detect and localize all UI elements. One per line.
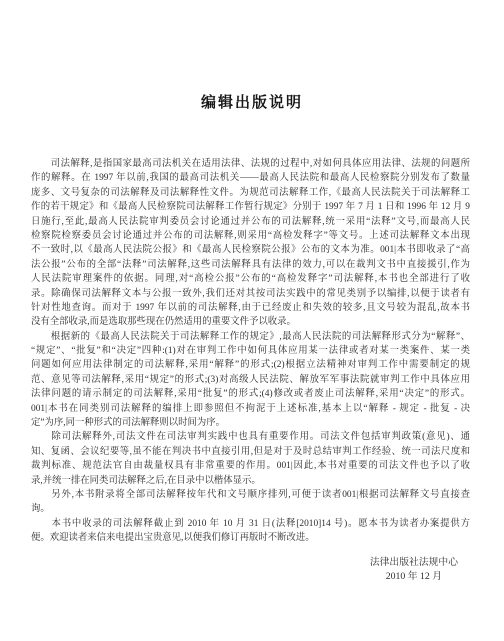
body-line: 问题如何应用法律制定的司法解释,采用“解释”的形式;(2)根据立法精神对审判工作…	[31, 358, 470, 372]
body-line: 司法解释,是指国家最高司法机关在适用法律、法规的过程中,对如何具体应用法律、法规…	[31, 157, 470, 171]
body-line: 针对性地查询。而对于 1997 年以前的司法解释,由于已经废止和失效的较多,且文…	[31, 301, 470, 315]
body-line: 另外,本书附录将全部司法解释按年代和文号顺序排列,可便于读者001|根据司法解释…	[31, 488, 470, 502]
body-line: 人民法院审理案件的依据。同理,对“高检公报”公布的“高检发释字”司法解释,本书也…	[31, 272, 470, 286]
body-line: “规定”、“批复”和“决定”四种:(1)对在审判工作中如何具体应用某一法律或者对…	[31, 344, 470, 358]
body-line: 法公报”公布的全部“法释”司法解释,这些司法解释具有法律的效力,可以在裁判文书中…	[31, 258, 470, 272]
body-line: 不一致时,以《最高人民法院公报》和《最高人民检察院公报》公布的文本为准。001|…	[31, 243, 470, 257]
body-line: 日施行,至此,最高人民法院审判委员会讨论通过并公布的司法解释,统一采用“法释”文…	[31, 215, 470, 229]
body-line: 检察院检察委员会讨论通过并公布的司法解释,则采用“高检发释字”等文号。上述司法解…	[31, 229, 470, 243]
body-line: 法律问题的请示制定的司法解释,采用“批复”的形式;(4)修改或者废止司法解释,采…	[31, 387, 470, 401]
page: 编辑出版说明 司法解释,是指国家最高司法机关在适用法律、法规的过程中,对如何具体…	[0, 0, 504, 546]
body-line: 裁判标准、规范法官自由裁量权具有非常重要的作用。001|因此,本书对重要的司法文…	[31, 459, 470, 473]
body-line: 庞多、文号复杂的司法解释及司法解释性文件。为规范司法解释工作,《最高人民法院关于…	[31, 186, 470, 200]
body-line: 根据新的《最高人民法院关于司法解释工作的规定》,最高人民法院的司法解释形式分为“…	[31, 330, 470, 344]
body-line: 作的解释。在 1997 年以前,我国的最高司法机关——最高人民法院和最高人民检察…	[31, 171, 470, 185]
signature-org: 法律出版社法规中心	[370, 556, 458, 570]
body-line: 001|本书在同类别司法解释的编排上即参照但不拘泥于上述标准,基本上以“解释 -…	[31, 402, 470, 416]
body-line: 没有全部收录,而是选取那些现在仍然适用的重要文件予以收录。	[31, 315, 470, 329]
body-line: 知、复函、会议纪要等,虽不能在判决书中直接引用,但是对于及时总结审判工作经验、统…	[31, 445, 470, 459]
body-line: 本书中收录的司法解释截止到 2010 年 10 月 31 日(法释[2010]1…	[31, 517, 470, 531]
body-line: 定”为序,同一种形式的司法解释则以时间为序。	[31, 416, 470, 430]
body-line: 询。	[31, 502, 470, 516]
body-line: 作的若干规定》和《最高人民检察院司法解释工作暂行规定》分别于 1997 年 7 …	[31, 200, 470, 214]
signature-date: 2010 年 12 月	[370, 570, 458, 584]
body-line: 除司法解释外,司法文件在司法审判实践中也具有重要作用。司法文件包括审判政策(意见…	[31, 430, 470, 444]
body-line: 便。欢迎读者来信来电提出宝贵意见,以便我们修订再版时不断改进。	[31, 531, 470, 545]
signature-block: 法律出版社法规中心 2010 年 12 月	[370, 556, 458, 583]
body-line: 录,并统一排在同类司法解释之后,在目录中以楷体显示。	[31, 474, 470, 488]
page-title: 编辑出版说明	[0, 0, 504, 113]
body-line: 录。除确保司法解释文本与公报一致外,我们还对其按司法实践中的常见类别予以编排,以…	[31, 287, 470, 301]
body-line: 范、意见等司法解释,采用“规定”的形式;(3)对高级人民法院、解放军军事法院就审…	[31, 373, 470, 387]
body-text: 司法解释,是指国家最高司法机关在适用法律、法规的过程中,对如何具体应用法律、法规…	[31, 157, 470, 546]
